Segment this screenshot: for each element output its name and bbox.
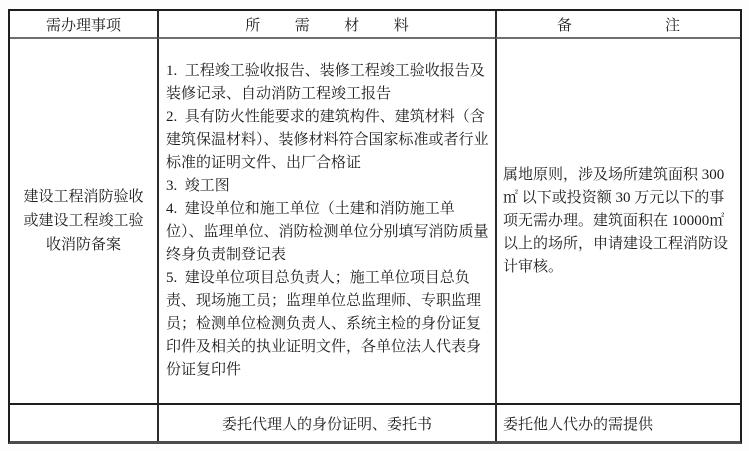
column-header-materials-label: 所需材料: [211, 14, 444, 35]
footer-remark-cell: 委托他人代办的需提供: [495, 403, 740, 441]
material-item-1: 1. 工程竣工验收报告、装修工程竣工验收报告及装修记录、自动消防工程竣工报告: [166, 60, 489, 106]
material-item-3: 3. 竣工图: [166, 175, 489, 198]
document-page: 需办理事项 所需材料 备注 建设工程消防验收或建设工程竣工验收消防备案 1. 工…: [0, 0, 749, 451]
footer-item-cell: [10, 403, 157, 441]
column-header-remarks-label: 备注: [495, 14, 740, 35]
item-name: 建设工程消防验收或建设工程竣工验收消防备案: [19, 185, 148, 257]
footer-materials-text: 委托代理人的身份证明、委托书: [222, 413, 432, 434]
material-item-2: 2. 具有防火性能要求的建筑构件、建筑材料（含建筑保温材料）、装修材料符合国家标…: [166, 106, 489, 175]
materials-cell: 1. 工程竣工验收报告、装修工程竣工验收报告及装修记录、自动消防工程竣工报告 2…: [157, 39, 495, 403]
column-header-item: 需办理事项: [10, 11, 157, 39]
footer-materials-cell: 委托代理人的身份证明、委托书: [157, 403, 495, 441]
column-header-materials: 所需材料: [157, 11, 495, 39]
column-header-item-label: 需办理事项: [46, 14, 121, 35]
remark-text: 属地原则，涉及场所建筑面积 300㎡ 以下或投资额 30 万元以下的事项无需办理…: [503, 164, 735, 279]
column-header-remarks: 备注: [495, 11, 740, 39]
remark-cell: 属地原则，涉及场所建筑面积 300㎡ 以下或投资额 30 万元以下的事项无需办理…: [495, 39, 740, 403]
requirements-table: 需办理事项 所需材料 备注 建设工程消防验收或建设工程竣工验收消防备案 1. 工…: [8, 9, 742, 444]
material-item-4: 4. 建设单位和施工单位（土建和消防施工单位）、监理单位、消防检测单位分别填写消…: [166, 198, 489, 267]
footer-remark-text: 委托他人代办的需提供: [503, 413, 653, 434]
material-item-5: 5. 建设单位项目总负责人；施工单位项目总负责、现场施工员；监理单位总监理师、专…: [166, 267, 489, 382]
item-cell: 建设工程消防验收或建设工程竣工验收消防备案: [10, 39, 157, 403]
